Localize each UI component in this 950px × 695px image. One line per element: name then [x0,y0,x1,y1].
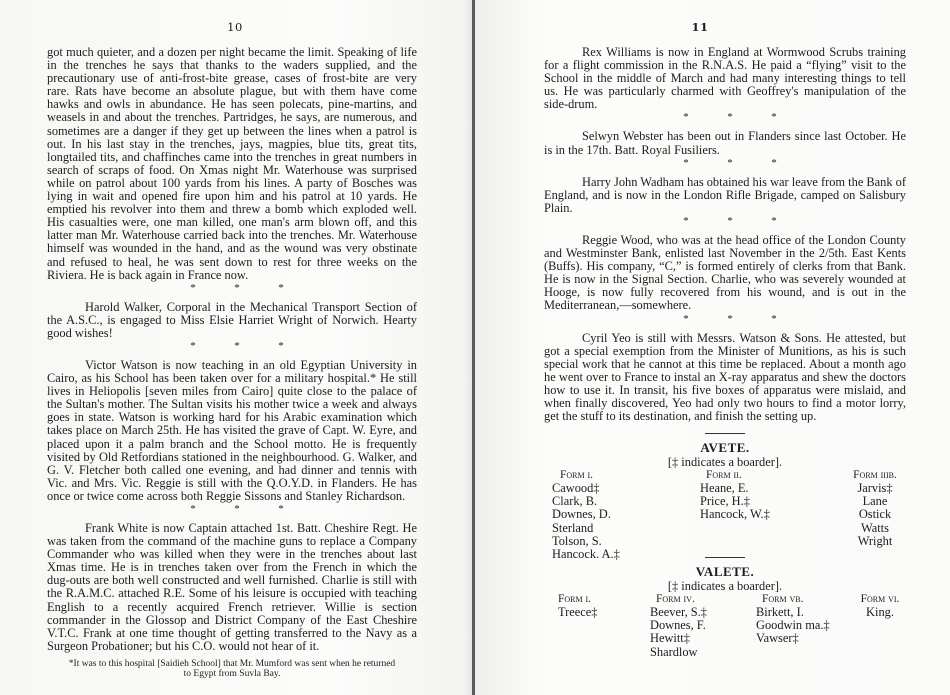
section-separator: *** [544,215,906,228]
student-name: Sterland [552,522,620,535]
section-separator: *** [47,503,417,516]
footnote-line-2: to Egypt from Suvla Bay. [47,669,417,680]
section-separator: *** [544,111,906,124]
left-page: 10 got much quieter, and a dozen per nig… [0,0,473,695]
valete-form-vi: Form vi. King. [850,593,910,619]
paragraph-frank-white: Frank White is now Captain attached 1st.… [47,522,417,653]
student-name: Vawser‡ [756,632,830,645]
avete-form-i: Form i. Cawood‡ Clark, B. Downes, D. Ste… [552,469,620,561]
paragraph-victor-watson: Victor Watson is now teaching in an old … [47,359,417,503]
divider-rule [705,557,745,558]
student-name: Tolson, S. [552,535,620,548]
page-number: 11 [680,20,720,34]
paragraph-reggie-wood: Reggie Wood, who was at the head office … [544,234,906,313]
section-separator: *** [544,313,906,326]
paragraph-rex-williams: Rex Williams is now in England at Wormwo… [544,46,906,111]
avete-heading: AVETE. [544,440,906,455]
student-name: Hancock, W.‡ [700,508,770,521]
footnote-line-1: *It was to this hospital [Saidieh School… [47,659,417,670]
student-name: Hancock. A.‡ [552,548,620,561]
paragraph-harry-wadham: Harry John Wadham has obtained his war l… [544,176,906,215]
avete-boarder-note: [‡ indicates a boarder]. [544,455,906,469]
paragraph-waterhouse: got much quieter, and a dozen per night … [47,46,417,282]
section-separator: *** [544,157,906,170]
valete-heading: VALETE. [544,564,906,579]
student-name: Shardlow [650,646,707,659]
footnote: *It was to this hospital [Saidieh School… [47,659,417,680]
valete-form-i: Form i. Treece‡ [558,593,597,619]
student-name: Treece‡ [558,606,597,619]
section-separator: *** [47,282,417,295]
avete-forms: Form i. Cawood‡ Clark, B. Downes, D. Ste… [544,469,906,551]
student-name: Ostick [840,508,910,521]
valete-form-vb: Form vb. Birkett, I. Goodwin ma.‡ Vawser… [756,593,830,645]
page-number: 10 [215,20,255,34]
valete-form-iv: Form iv. Beever, S.‡ Downes, F. Hewitt‡ … [650,593,707,658]
book-spread: 10 got much quieter, and a dozen per nig… [0,0,950,695]
student-name: Downes, D. [552,508,620,521]
left-page-text: got much quieter, and a dozen per night … [47,46,417,680]
student-name: Watts [840,522,910,535]
avete-form-ii: Form ii. Heane, E. Price, H.‡ Hancock, W… [700,469,770,521]
paragraph-cyril-yeo: Cyril Yeo is still with Messrs. Watson &… [544,332,906,424]
avete-form-iiib: Form iiib. Jarvis‡ Lane Ostick Watts Wri… [840,469,910,548]
valete-forms: Form i. Treece‡ Form iv. Beever, S.‡ Dow… [544,593,906,653]
paragraph-harold-walker: Harold Walker, Corporal in the Mechanica… [47,301,417,340]
valete-boarder-note: [‡ indicates a boarder]. [544,579,906,593]
student-name: King. [850,606,910,619]
right-page-text: Rex Williams is now in England at Wormwo… [544,46,906,653]
section-separator: *** [47,340,417,353]
student-name: Wright [840,535,910,548]
paragraph-selwyn-webster: Selwyn Webster has been out in Flanders … [544,130,906,156]
divider-rule [705,433,745,434]
student-name: Hewitt‡ [650,632,707,645]
